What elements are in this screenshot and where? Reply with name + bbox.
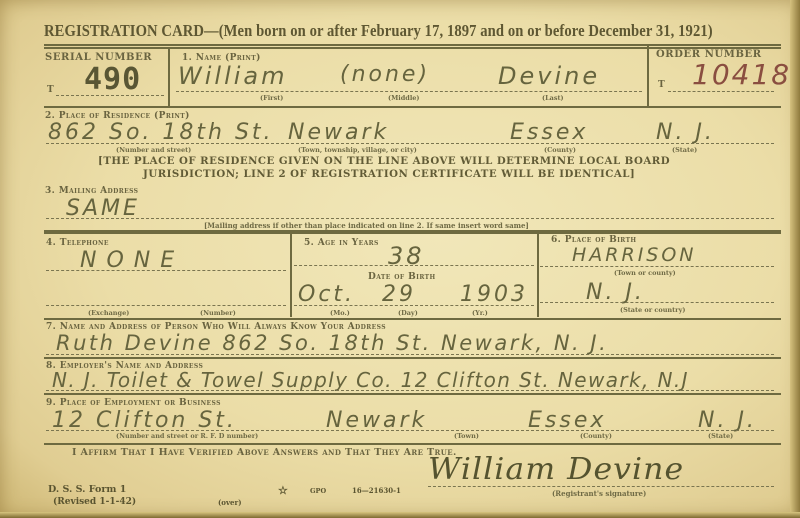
caption-number-street-rfd: (Number and street or R. F. D number) bbox=[116, 432, 258, 440]
name-line bbox=[176, 91, 642, 92]
caption-number-street: (Number and street) bbox=[116, 146, 191, 154]
residence-notice-line2: JURISDICTION; LINE 2 OF REGISTRATION CER… bbox=[143, 168, 635, 180]
residence-line bbox=[46, 143, 774, 144]
caption-number: (Number) bbox=[200, 309, 236, 317]
employer-line bbox=[46, 390, 774, 391]
name-first-value: William bbox=[178, 62, 288, 90]
signature-line bbox=[428, 486, 774, 487]
caption-last: (Last) bbox=[542, 94, 564, 102]
dob-day-value: 29 bbox=[382, 282, 416, 307]
registration-card: REGISTRATION CARD—(Men born on or after … bbox=[0, 0, 800, 518]
form-number: D. S. S. Form 1 bbox=[48, 484, 136, 496]
residence-street-value: 862 So. 18th St. bbox=[48, 120, 274, 145]
form-revision: (Revised 1-1-42) bbox=[48, 496, 136, 508]
serial-number-value: 490 bbox=[84, 62, 141, 97]
card-edge-right bbox=[790, 0, 800, 518]
card-edge-bottom bbox=[0, 512, 800, 518]
over-note: (over) bbox=[218, 498, 242, 507]
dob-year-value: 1903 bbox=[460, 282, 528, 307]
date-of-birth-label: Date of Birth bbox=[368, 272, 436, 282]
gpo-mark: GPO bbox=[310, 487, 326, 495]
telephone-line-2 bbox=[46, 305, 286, 306]
name-last-value: Devine bbox=[498, 62, 600, 90]
caption-emp-county: (County) bbox=[580, 432, 612, 440]
mailing-address-label: 3. Mailing Address bbox=[45, 186, 138, 196]
employment-line bbox=[46, 430, 774, 431]
dob-line bbox=[294, 305, 534, 306]
mailing-line bbox=[46, 218, 774, 219]
age-label: 5. Age in Years bbox=[304, 238, 379, 248]
caption-mo: (Mo.) bbox=[330, 309, 350, 317]
divider bbox=[168, 49, 170, 106]
form-id: D. S. S. Form 1 (Revised 1-1-42) bbox=[48, 484, 136, 508]
contact-line bbox=[46, 354, 774, 355]
caption-yr: (Yr.) bbox=[472, 309, 488, 317]
birth-town-line bbox=[540, 266, 774, 267]
caption-state: (State) bbox=[672, 146, 697, 154]
divider bbox=[44, 232, 781, 234]
employment-place-label: 9. Place of Employment or Business bbox=[46, 398, 221, 408]
order-prefix: T bbox=[658, 80, 665, 90]
order-line bbox=[668, 91, 774, 92]
divider bbox=[44, 357, 781, 359]
print-code: 16—21630-1 bbox=[352, 486, 401, 495]
residence-county-value: Essex bbox=[510, 120, 588, 145]
residence-notice-line1: [THE PLACE OF RESIDENCE GIVEN ON THE LIN… bbox=[98, 155, 670, 167]
dob-month-value: Oct. bbox=[298, 282, 355, 307]
divider bbox=[647, 45, 649, 106]
star-icon: ☆ bbox=[278, 484, 288, 497]
registrant-signature: William Devine bbox=[428, 452, 684, 487]
telephone-line-1 bbox=[46, 270, 286, 271]
caption-county: (County) bbox=[544, 146, 576, 154]
affirmation-text: I Affirm That I Have Verified Above Answ… bbox=[72, 447, 457, 458]
caption-emp-town: (Town) bbox=[454, 432, 479, 440]
signature-caption: (Registrant's signature) bbox=[552, 489, 646, 498]
divider bbox=[44, 44, 781, 46]
card-title: REGISTRATION CARD—(Men born on or after … bbox=[44, 21, 713, 41]
employer-value: N. J. Toilet & Towel Supply Co. 12 Clift… bbox=[52, 368, 689, 392]
mailing-caption: [Mailing address if other than place ind… bbox=[204, 221, 529, 230]
caption-town-or-county: (Town or county) bbox=[614, 269, 676, 277]
birth-state-line bbox=[540, 302, 774, 303]
residence-town-value: Newark bbox=[288, 120, 389, 145]
divider bbox=[44, 106, 781, 108]
caption-emp-state: (State) bbox=[708, 432, 733, 440]
caption-first: (First) bbox=[260, 94, 283, 102]
caption-day: (Day) bbox=[398, 309, 418, 317]
divider bbox=[44, 393, 781, 395]
contact-person-value: Ruth Devine 862 So. 18th St. Newark, N. … bbox=[56, 331, 608, 355]
caption-state-or-country: (State or country) bbox=[620, 306, 685, 314]
age-line bbox=[294, 265, 534, 266]
divider bbox=[537, 233, 539, 317]
telephone-label: 4. Telephone bbox=[46, 238, 109, 248]
divider bbox=[44, 443, 781, 445]
divider bbox=[44, 318, 781, 320]
caption-middle: (Middle) bbox=[388, 94, 420, 102]
name-middle-value: (none) bbox=[340, 62, 430, 87]
caption-exchange: (Exchange) bbox=[88, 309, 129, 317]
divider bbox=[290, 233, 292, 317]
birth-town-value: HARRISON bbox=[572, 244, 697, 266]
order-number-value: 10418 bbox=[692, 58, 791, 91]
residence-state-value: N. J. bbox=[656, 120, 715, 145]
caption-town: (Town, township, village, or city) bbox=[298, 146, 417, 154]
serial-prefix: T bbox=[47, 85, 54, 95]
